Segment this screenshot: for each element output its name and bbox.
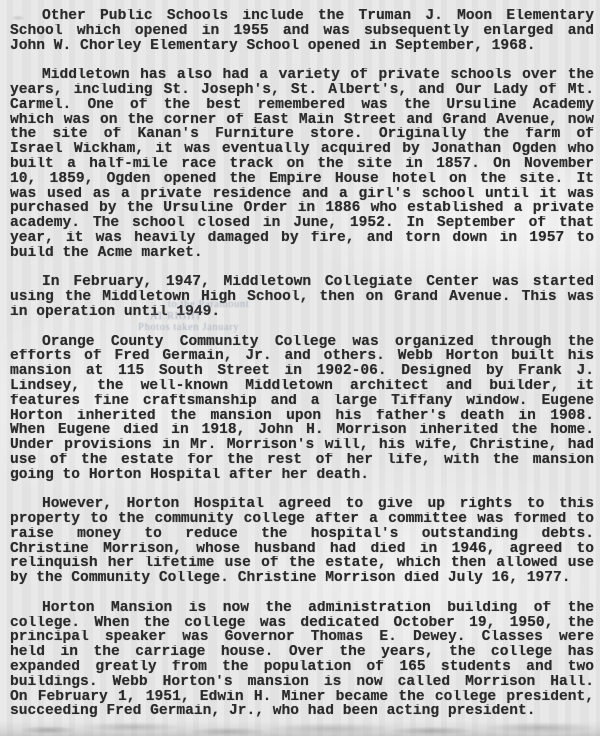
text-line: year, it was heavily damaged by fire, an… [10, 231, 594, 246]
text-line: college. When the college was dedicated … [10, 616, 594, 631]
document-page: Other Public Schools include the Truman … [0, 0, 600, 736]
scan-noise-band [0, 721, 600, 736]
text-line: by the Community College. Christine Morr… [10, 571, 594, 586]
text-line: use of the estate for the rest of her li… [10, 453, 594, 468]
text-line: in operation until 1949. [10, 305, 594, 320]
text-line: property to the community college after … [10, 512, 594, 527]
text-line: Under provisions in Mr. Morrison's will,… [10, 438, 594, 453]
text-line: expanded greatly from the population of … [10, 660, 594, 675]
text-line: However, Horton Hospital agreed to give … [10, 497, 594, 512]
text-line: Horton inherited the mansion upon his fa… [10, 409, 594, 424]
text-line: years, including St. Joseph's, St. Alber… [10, 83, 594, 98]
text-line: going to Horton Hospital after her death… [10, 468, 594, 483]
text-line: which was on the corner of East Main Str… [10, 113, 594, 128]
typewritten-text-block: Other Public Schools include the Truman … [10, 9, 594, 719]
text-line: succeeding Fred Germain, Jr., who had be… [10, 704, 594, 719]
text-line: buildings. Webb Horton's mansion is now … [10, 675, 594, 690]
text-line: On February 1, 1951, Edwin H. Miner beca… [10, 690, 594, 705]
text-line: was used as a private residence and a gi… [10, 187, 594, 202]
text-line: raise money to reduce the hospital's out… [10, 527, 594, 542]
text-line: Middletown has also had a variety of pri… [10, 68, 594, 83]
text-line: 10, 1859, Ogden opened the Empire House … [10, 172, 594, 187]
text-line: School which opened in 1955 and was subs… [10, 24, 594, 39]
text-line: mansion at 115 South Street in 1902-06. … [10, 364, 594, 379]
paragraph: In February, 1947, Middletown Collegiate… [10, 275, 594, 319]
paragraph: Middletown has also had a variety of pri… [10, 68, 594, 260]
text-line: Horton Mansion is now the administration… [10, 601, 594, 616]
text-line: academy. The school closed in June, 1952… [10, 216, 594, 231]
text-line: build the Acme market. [10, 246, 594, 261]
paragraph: Other Public Schools include the Truman … [10, 9, 594, 53]
text-line: purchased by the Ursuline Order in 1886 … [10, 201, 594, 216]
text-line: efforts of Fred Germain, Jr. and others.… [10, 349, 594, 364]
text-line: John W. Chorley Elementary School opened… [10, 39, 594, 54]
paragraph: However, Horton Hospital agreed to give … [10, 497, 594, 586]
text-line: Other Public Schools include the Truman … [10, 9, 594, 24]
paragraph: Orange County Community College was orga… [10, 335, 594, 483]
text-line: Carmel. One of the best remembered was t… [10, 98, 594, 113]
text-line: When Eugene died in 1918, John H. Morris… [10, 423, 594, 438]
text-line: Christine Morrison, whose husband had di… [10, 542, 594, 557]
text-line: held in the carriage house. Over the yea… [10, 645, 594, 660]
text-line: Orange County Community College was orga… [10, 335, 594, 350]
text-line: Israel Wickham, it was eventually acquir… [10, 142, 594, 157]
text-line: built a half-mile race track on the site… [10, 157, 594, 172]
text-line: features fine craftsmanship and a large … [10, 394, 594, 409]
text-line: relinquish her lifetime use of the estat… [10, 556, 594, 571]
paragraph: Horton Mansion is now the administration… [10, 601, 594, 719]
text-line: the site of Kanan's Furniture store. Ori… [10, 127, 594, 142]
text-line: using the Middletown High School, then o… [10, 290, 594, 305]
text-line: Lindsey, the well-known Middletown archi… [10, 379, 594, 394]
text-line: principal speaker was Governor Thomas E.… [10, 630, 594, 645]
text-line: In February, 1947, Middletown Collegiate… [10, 275, 594, 290]
